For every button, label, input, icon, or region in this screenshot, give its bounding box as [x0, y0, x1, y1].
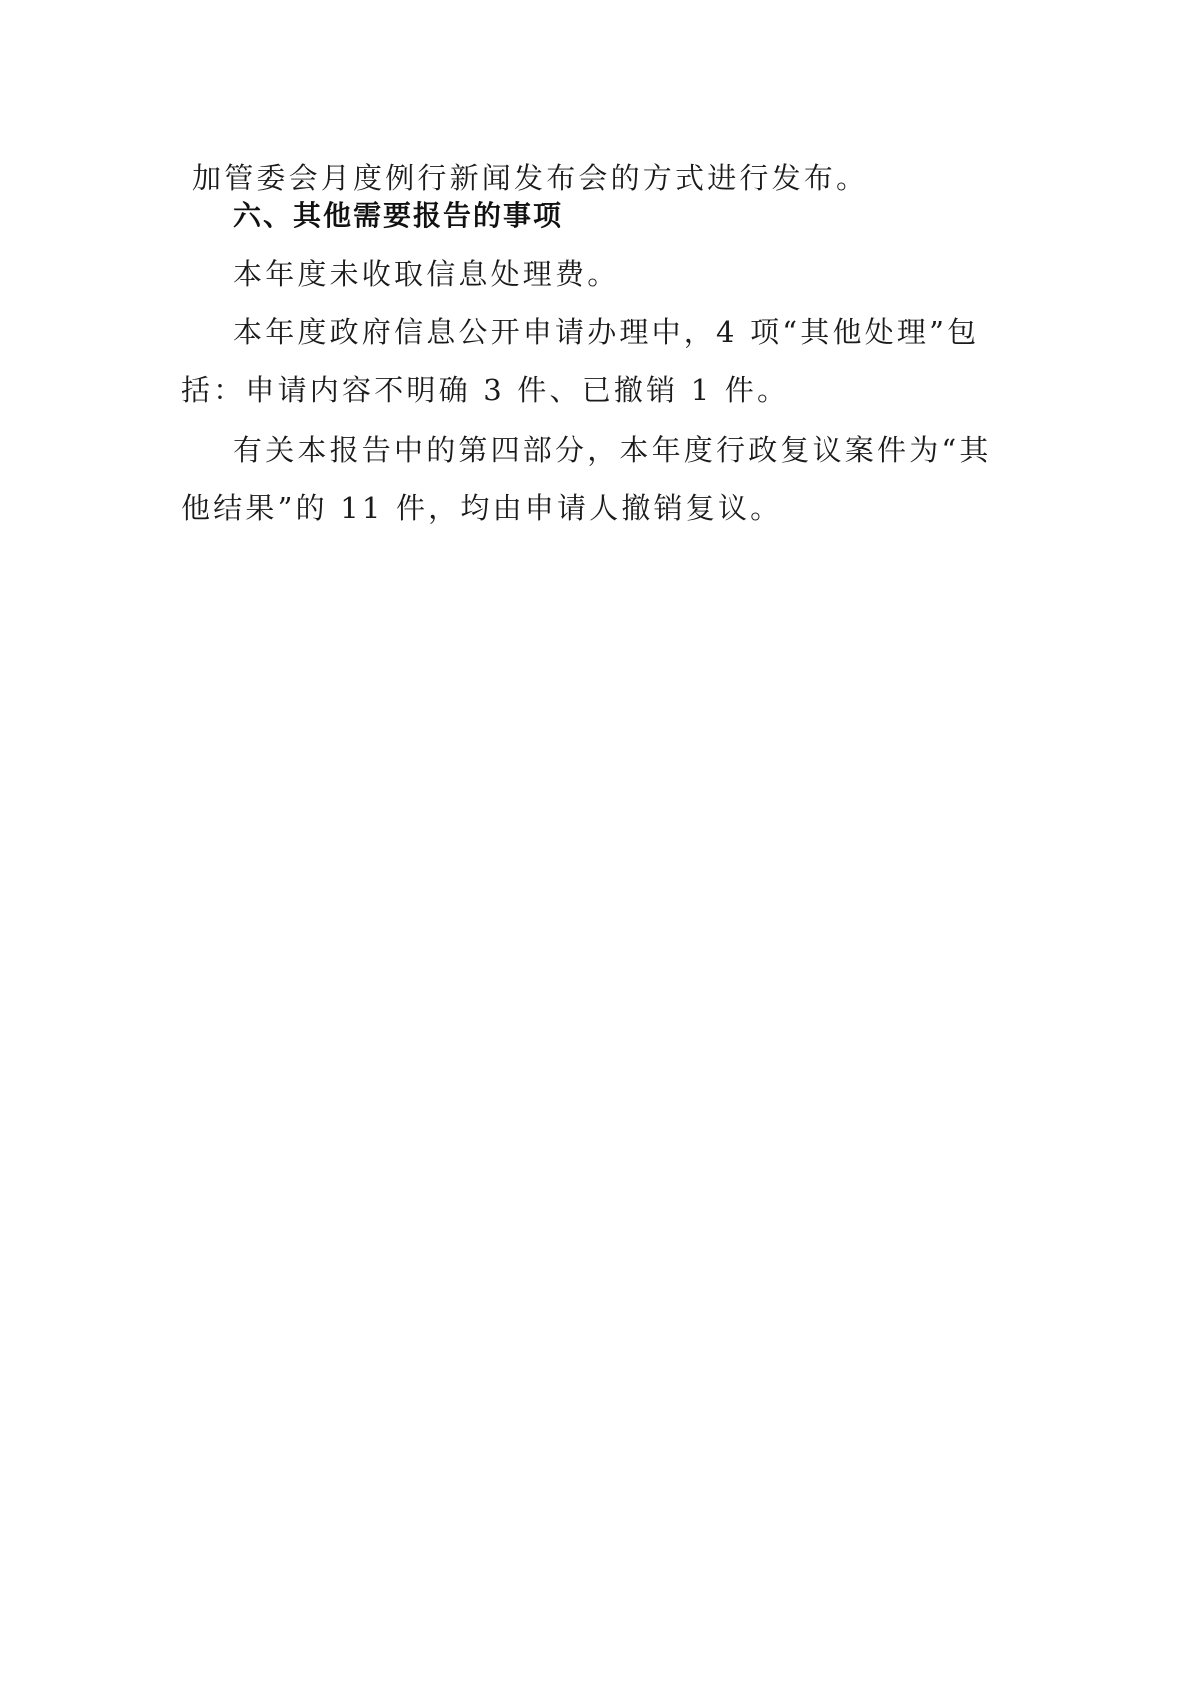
paragraph-other-processing-line-1: 本年度政府信息公开申请办理中，4 项“其他处理”包: [233, 312, 979, 352]
paragraph-review-cases-line-2: 他结果”的 11 件，均由申请人撤销复议。: [181, 488, 782, 528]
paragraph-review-cases-line-1: 有关本报告中的第四部分，本年度行政复议案件为“其: [233, 430, 992, 470]
paragraph-info-fee: 本年度未收取信息处理费。: [233, 254, 619, 294]
section-heading: 六、其他需要报告的事项: [233, 196, 563, 236]
paragraph-other-processing-line-2: 括：申请内容不明确 3 件、已撤销 1 件。: [181, 370, 789, 410]
document-page: 加管委会月度例行新闻发布会的方式进行发布。 六、其他需要报告的事项 本年度未收取…: [0, 0, 1190, 1683]
paragraph-continuation-line: 加管委会月度例行新闻发布会的方式进行发布。: [192, 158, 868, 198]
